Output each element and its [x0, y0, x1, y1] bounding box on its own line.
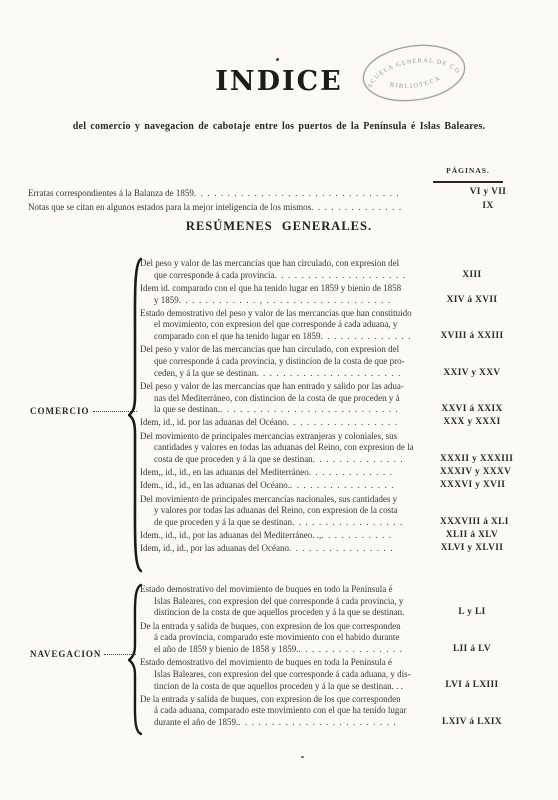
- section-label-text: COMERCIO: [30, 406, 90, 416]
- toc-entry: Estado demostrativo del movimiento de bu…: [140, 584, 515, 619]
- toc-entry-page: XVIII á XXIII: [440, 331, 504, 343]
- toc-entry: De la entrada y salida de buques, con ex…: [140, 621, 515, 656]
- toc-entry-line: Idem id. comparado con el que ha tenido …: [140, 283, 440, 295]
- toc-entry-page: XXXVIII á XLI: [440, 517, 504, 529]
- toc-entry-page: XXX y XXXI: [440, 417, 504, 429]
- toc-entry: Del peso y valor de las mercancías que h…: [140, 258, 515, 281]
- toc-entry-page: XXXII y XXXIII: [440, 454, 504, 466]
- toc-entry: Idem., id., id., en las aduanas del Océa…: [140, 480, 515, 492]
- toc-entry-page: LII á LV: [440, 644, 504, 656]
- document-page: INDICE ESCUELA GENERAL DE COM BIBLIOTECA…: [0, 0, 558, 800]
- toc-entry-line: Idem, id., id., por las aduanas del Océa…: [140, 543, 440, 555]
- toc-entry-page: XLVI y XLVII: [440, 543, 504, 555]
- toc-entry-line: que corresponde á cada provincia. . . . …: [140, 270, 440, 282]
- toc-entry-page: XXIV y XXV: [440, 368, 504, 380]
- toc-entry: Idem., id., id., por las aduanas del Med…: [140, 530, 515, 542]
- toc-entry-line: cantidades y valores en todas las aduana…: [140, 442, 440, 454]
- toc-entry: Estado demostrativo del peso y valor de …: [140, 308, 515, 343]
- toc-entry-line: Estado demostrativo del peso y valor de …: [140, 308, 440, 320]
- sidebar-label-comercio: COMERCIO: [30, 406, 137, 416]
- toc-entry-text: De la entrada y salida de buques, con ex…: [140, 621, 440, 656]
- toc-entry-line: Del peso y valor de las mercancías que h…: [140, 258, 440, 270]
- toc-entry-line: costa de que proceden y á la que se dest…: [140, 454, 440, 466]
- toc-entry: Erratas correspondientes á la Balanza de…: [28, 187, 530, 199]
- toc-entry-line: durante el año de 1859.. . . . . . . . .…: [140, 717, 440, 729]
- toc-entry: Idem,, id., id., en las aduanas del Medi…: [140, 467, 515, 479]
- toc-entry: Del peso y valor de las mercancías que h…: [140, 381, 515, 416]
- subtitle: del comercio y navegacion de cabotaje en…: [0, 121, 558, 132]
- toc-entry-line: el año de 1859 y bienio de 1858 y 1859..…: [140, 644, 440, 656]
- toc-entry-line: de que proceden y á la que se destinan. …: [140, 517, 440, 529]
- stamp-top-text: ESCUELA GENERAL DE COM: [354, 33, 462, 92]
- library-stamp-icon: ESCUELA GENERAL DE COM BIBLIOTECA: [354, 33, 474, 114]
- toc-entry-text: Del peso y valor de las mercancías que h…: [140, 344, 440, 379]
- toc-entry-text: Estado demostrativo del movimiento de bu…: [140, 657, 440, 692]
- front-matter-list: Erratas correspondientes á la Balanza de…: [28, 187, 530, 214]
- toc-entry-line: distincion de la costa de que aquellos p…: [140, 607, 440, 619]
- toc-entry-line: Idem,, id., id., en las aduanas del Medi…: [140, 467, 440, 479]
- toc-entry-line: Del movimiento de principales mercancías…: [140, 431, 440, 443]
- toc-entry: De la entrada y salida de buques, con ex…: [140, 694, 515, 729]
- toc-entry-text: Del peso y valor de las mercancías que h…: [140, 258, 440, 281]
- toc-entry-line: á cada aduana, comparado este movimiento…: [140, 705, 440, 717]
- toc-entry-line: Notas que se citan en algunos estados pa…: [28, 201, 456, 213]
- toc-entry-line: el movimiento, con expresion del que cor…: [140, 319, 440, 331]
- toc-entry-line: Del peso y valor de las mercancías que h…: [140, 344, 440, 356]
- toc-entry-line: la que se destinan.. . . . . . . . . . .…: [140, 404, 440, 416]
- sidebar-label-navegacion: NAVEGACION: [30, 649, 136, 659]
- toc-entry-line: Estado demostrativo del movimiento de bu…: [140, 657, 440, 669]
- toc-entry-line: Islas Baleares, con expresion del que co…: [140, 596, 440, 608]
- toc-entry-text: Del peso y valor de las mercancías que h…: [140, 381, 440, 416]
- toc-entry-line: Del movimiento de principales mercancías…: [140, 494, 440, 506]
- toc-entry-line: y valores por todas las aduanas del Rein…: [140, 505, 440, 517]
- toc-entry: Del movimiento de principales mercancías…: [140, 431, 515, 466]
- toc-entry-line: nas del Mediterráneo, con distincion de …: [140, 393, 440, 405]
- toc-entry-page: XIII: [440, 270, 504, 282]
- toc-entry-text: Del movimiento de principales mercancías…: [140, 431, 440, 466]
- toc-entry-line: Idem., id., id., en las aduanas del Océa…: [140, 480, 440, 492]
- toc-entry: Idem, id., id., por las aduanas del Océa…: [140, 543, 515, 555]
- column-header-paginas: PÁGINAS.: [433, 166, 503, 175]
- svg-text:ESCUELA GENERAL DE COM: ESCUELA GENERAL DE COM: [354, 33, 462, 92]
- ink-speck: [276, 58, 279, 61]
- toc-entry: Del movimiento de principales mercancías…: [140, 494, 515, 529]
- toc-entry-line: ceden, y á la que se destinan. . . . . .…: [140, 368, 440, 380]
- toc-entry-text: Idem, id., id., por las aduanas del Océa…: [140, 543, 440, 555]
- toc-entry: Idem id. comparado con el que ha tenido …: [140, 283, 515, 306]
- toc-entry-line: á cada provincia, comparado este movimie…: [140, 632, 440, 644]
- toc-entry: Notas que se citan en algunos estados pa…: [28, 201, 530, 213]
- toc-entry-text: Notas que se citan en algunos estados pa…: [28, 201, 456, 213]
- navegacion-entry-list: Estado demostrativo del movimiento de bu…: [140, 584, 515, 730]
- toc-entry-text: Idem., id., id., en las aduanas del Océa…: [140, 480, 440, 492]
- toc-entry-page: XXVI á XXIX: [440, 404, 504, 416]
- toc-entry-page: IX: [456, 201, 520, 213]
- toc-entry-page: LXIV á LXIX: [440, 717, 504, 729]
- toc-entry-page: XXXIV y XXXV: [440, 467, 504, 479]
- toc-entry-line: Del peso y valor de las mercancías que h…: [140, 381, 440, 393]
- toc-entry-line: Estado demostrativo del movimiento de bu…: [140, 584, 440, 596]
- toc-entry-page: L y LI: [440, 607, 504, 619]
- toc-entry-line: Erratas correspondientes á la Balanza de…: [28, 187, 456, 199]
- toc-entry-line: Islas Baleares, con expresion del que co…: [140, 669, 440, 681]
- toc-entry-text: Idem, id., id. por las aduanas del Océan…: [140, 417, 440, 429]
- toc-entry-text: De la entrada y salida de buques, con ex…: [140, 694, 440, 729]
- section-heading: RESÚMENES GENERALES.: [0, 219, 558, 234]
- toc-entry: Del peso y valor de las mercancías que h…: [140, 344, 515, 379]
- toc-entry: Estado demostrativo del movimiento de bu…: [140, 657, 515, 692]
- comercio-entry-list: Del peso y valor de las mercancías que h…: [140, 258, 515, 557]
- toc-entry-text: Estado demostrativo del peso y valor de …: [140, 308, 440, 343]
- toc-entry-text: Erratas correspondientes á la Balanza de…: [28, 187, 456, 199]
- toc-entry-text: Idem,, id., id., en las aduanas del Medi…: [140, 467, 440, 479]
- stamp-bottom-text: BIBLIOTECA: [388, 74, 443, 93]
- toc-entry-text: Del movimiento de principales mercancías…: [140, 494, 440, 529]
- toc-entry-page: XLII á XLV: [440, 530, 504, 542]
- page-title: INDICE: [0, 66, 558, 97]
- toc-entry-text: Idem., id., id., por las aduanas del Med…: [140, 530, 440, 542]
- toc-entry-line: y 1859. . . . . . . . . . . . , . . . . …: [140, 295, 440, 307]
- toc-entry-page: XIV á XVII: [440, 295, 504, 307]
- toc-entry-line: De la entrada y salida de buques, con ex…: [140, 694, 440, 706]
- toc-entry-page: XXXVI y XVII: [440, 480, 504, 492]
- toc-entry-line: tincion de la costa de que aquellos proc…: [140, 681, 440, 693]
- toc-entry-line: Idem., id., id., por las aduanas del Med…: [140, 530, 440, 542]
- toc-entry: Idem, id., id. por las aduanas del Océan…: [140, 417, 515, 429]
- toc-entry-line: que corresponde á cada provincia, y dist…: [140, 356, 440, 368]
- toc-entry-page: VI y VII: [456, 187, 520, 199]
- svg-text:BIBLIOTECA: BIBLIOTECA: [388, 74, 443, 93]
- toc-entry-line: De la entrada y salida de buques, con ex…: [140, 621, 440, 633]
- column-header-rule: [433, 181, 503, 183]
- section-label-text: NAVEGACION: [30, 649, 101, 659]
- toc-entry-line: Idem, id., id. por las aduanas del Océan…: [140, 417, 440, 429]
- toc-entry-text: Idem id. comparado con el que ha tenido …: [140, 283, 440, 306]
- ink-speck: [301, 756, 304, 758]
- toc-entry-page: LVI á LXIII: [440, 680, 504, 692]
- toc-entry-text: Estado demostrativo del movimiento de bu…: [140, 584, 440, 619]
- toc-entry-line: comparado con el que ha tenido lugar en …: [140, 331, 440, 343]
